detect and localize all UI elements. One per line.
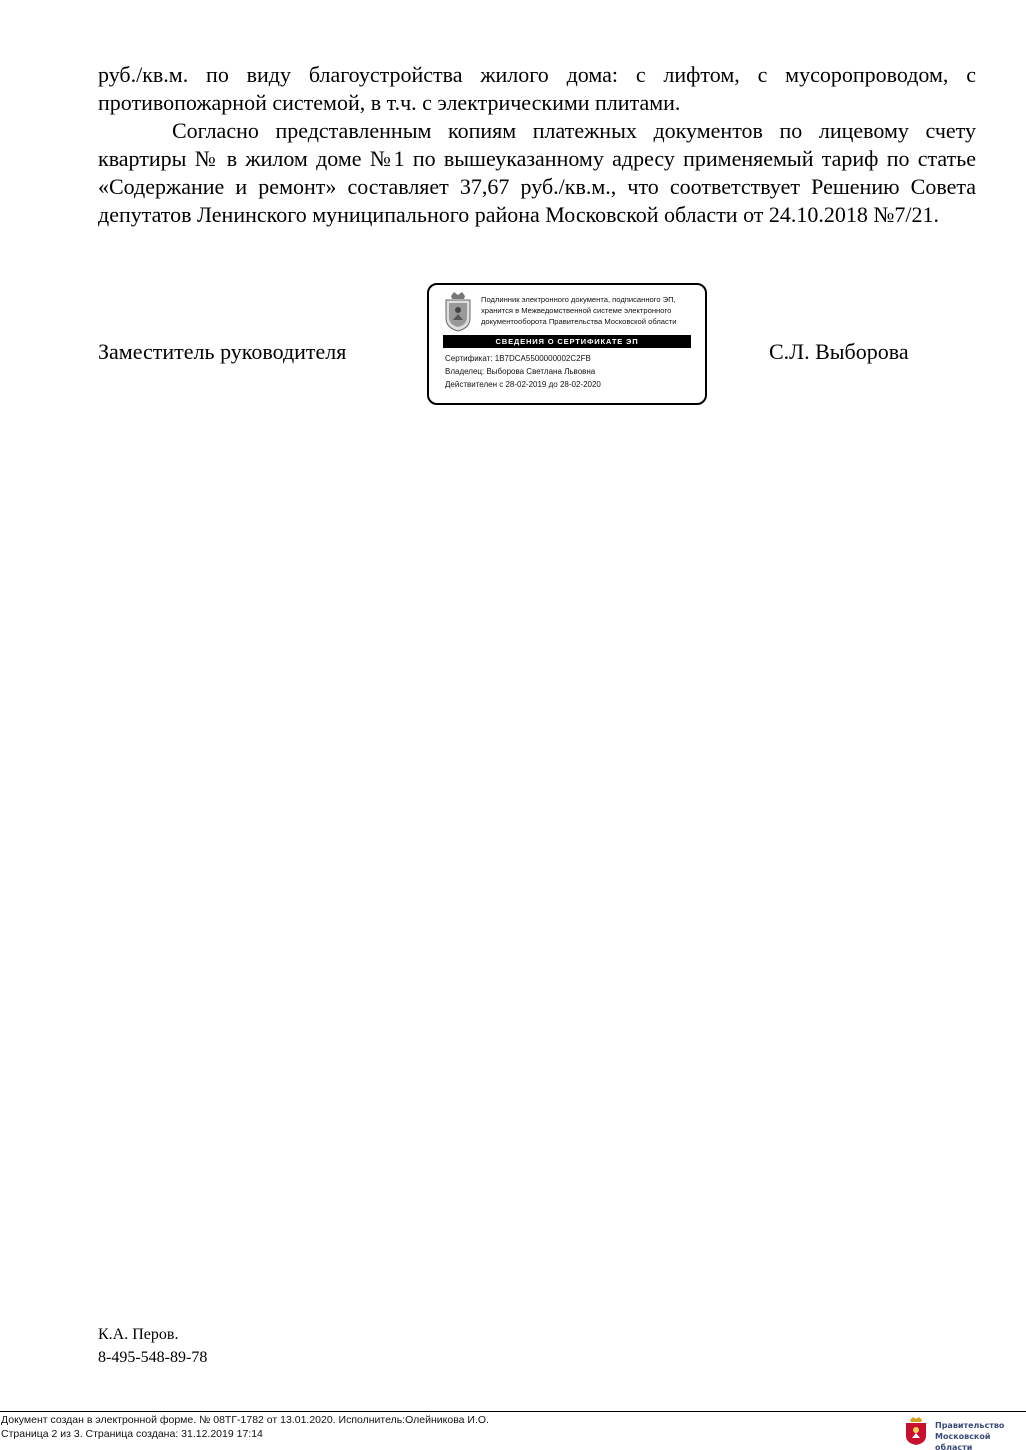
footer-info: Документ создан в электронной форме. № 0… bbox=[1, 1413, 489, 1441]
stamp-certificate-title: СВЕДЕНИЯ О СЕРТИФИКАТЕ ЭП bbox=[443, 335, 691, 348]
certificate-owner: Владелец: Выборова Светлана Львовна bbox=[445, 366, 595, 377]
emblem-icon bbox=[904, 1416, 928, 1446]
footer-document-line: Документ создан в электронной форме. № 0… bbox=[1, 1413, 489, 1427]
footer-page-line: Страница 2 из 3. Страница создана: 31.12… bbox=[1, 1427, 489, 1441]
paragraph-tariff-conclusion: Согласно представленным копиям платежных… bbox=[98, 117, 976, 229]
government-name-line-2: Московской области bbox=[935, 1431, 1024, 1450]
government-name: Правительство Московской области bbox=[935, 1420, 1024, 1450]
executor-phone: 8-495-548-89-78 bbox=[98, 1346, 207, 1369]
paragraph-tariff-description: руб./кв.м. по виду благоустройства жилог… bbox=[98, 61, 976, 117]
certificate-validity: Действителен с 28-02-2019 до 28-02-2020 bbox=[445, 379, 601, 390]
footer-divider bbox=[0, 1411, 1026, 1412]
government-name-line-1: Правительство bbox=[935, 1420, 1024, 1431]
government-logo: Правительство Московской области bbox=[904, 1415, 1024, 1447]
executor-info: К.А. Перов. 8-495-548-89-78 bbox=[98, 1323, 207, 1369]
certificate-number: Сертификат: 1B7DCA5500000002C2FB bbox=[445, 353, 591, 364]
signatory-role: Заместитель руководителя bbox=[98, 339, 346, 365]
signatory-name: С.Л. Выборова bbox=[769, 339, 909, 365]
coat-of-arms-icon bbox=[442, 290, 474, 332]
stamp-header-text: Подлинник электронного документа, подпис… bbox=[481, 294, 703, 327]
electronic-signature-stamp: Подлинник электронного документа, подпис… bbox=[427, 283, 707, 405]
executor-name: К.А. Перов. bbox=[98, 1323, 207, 1346]
